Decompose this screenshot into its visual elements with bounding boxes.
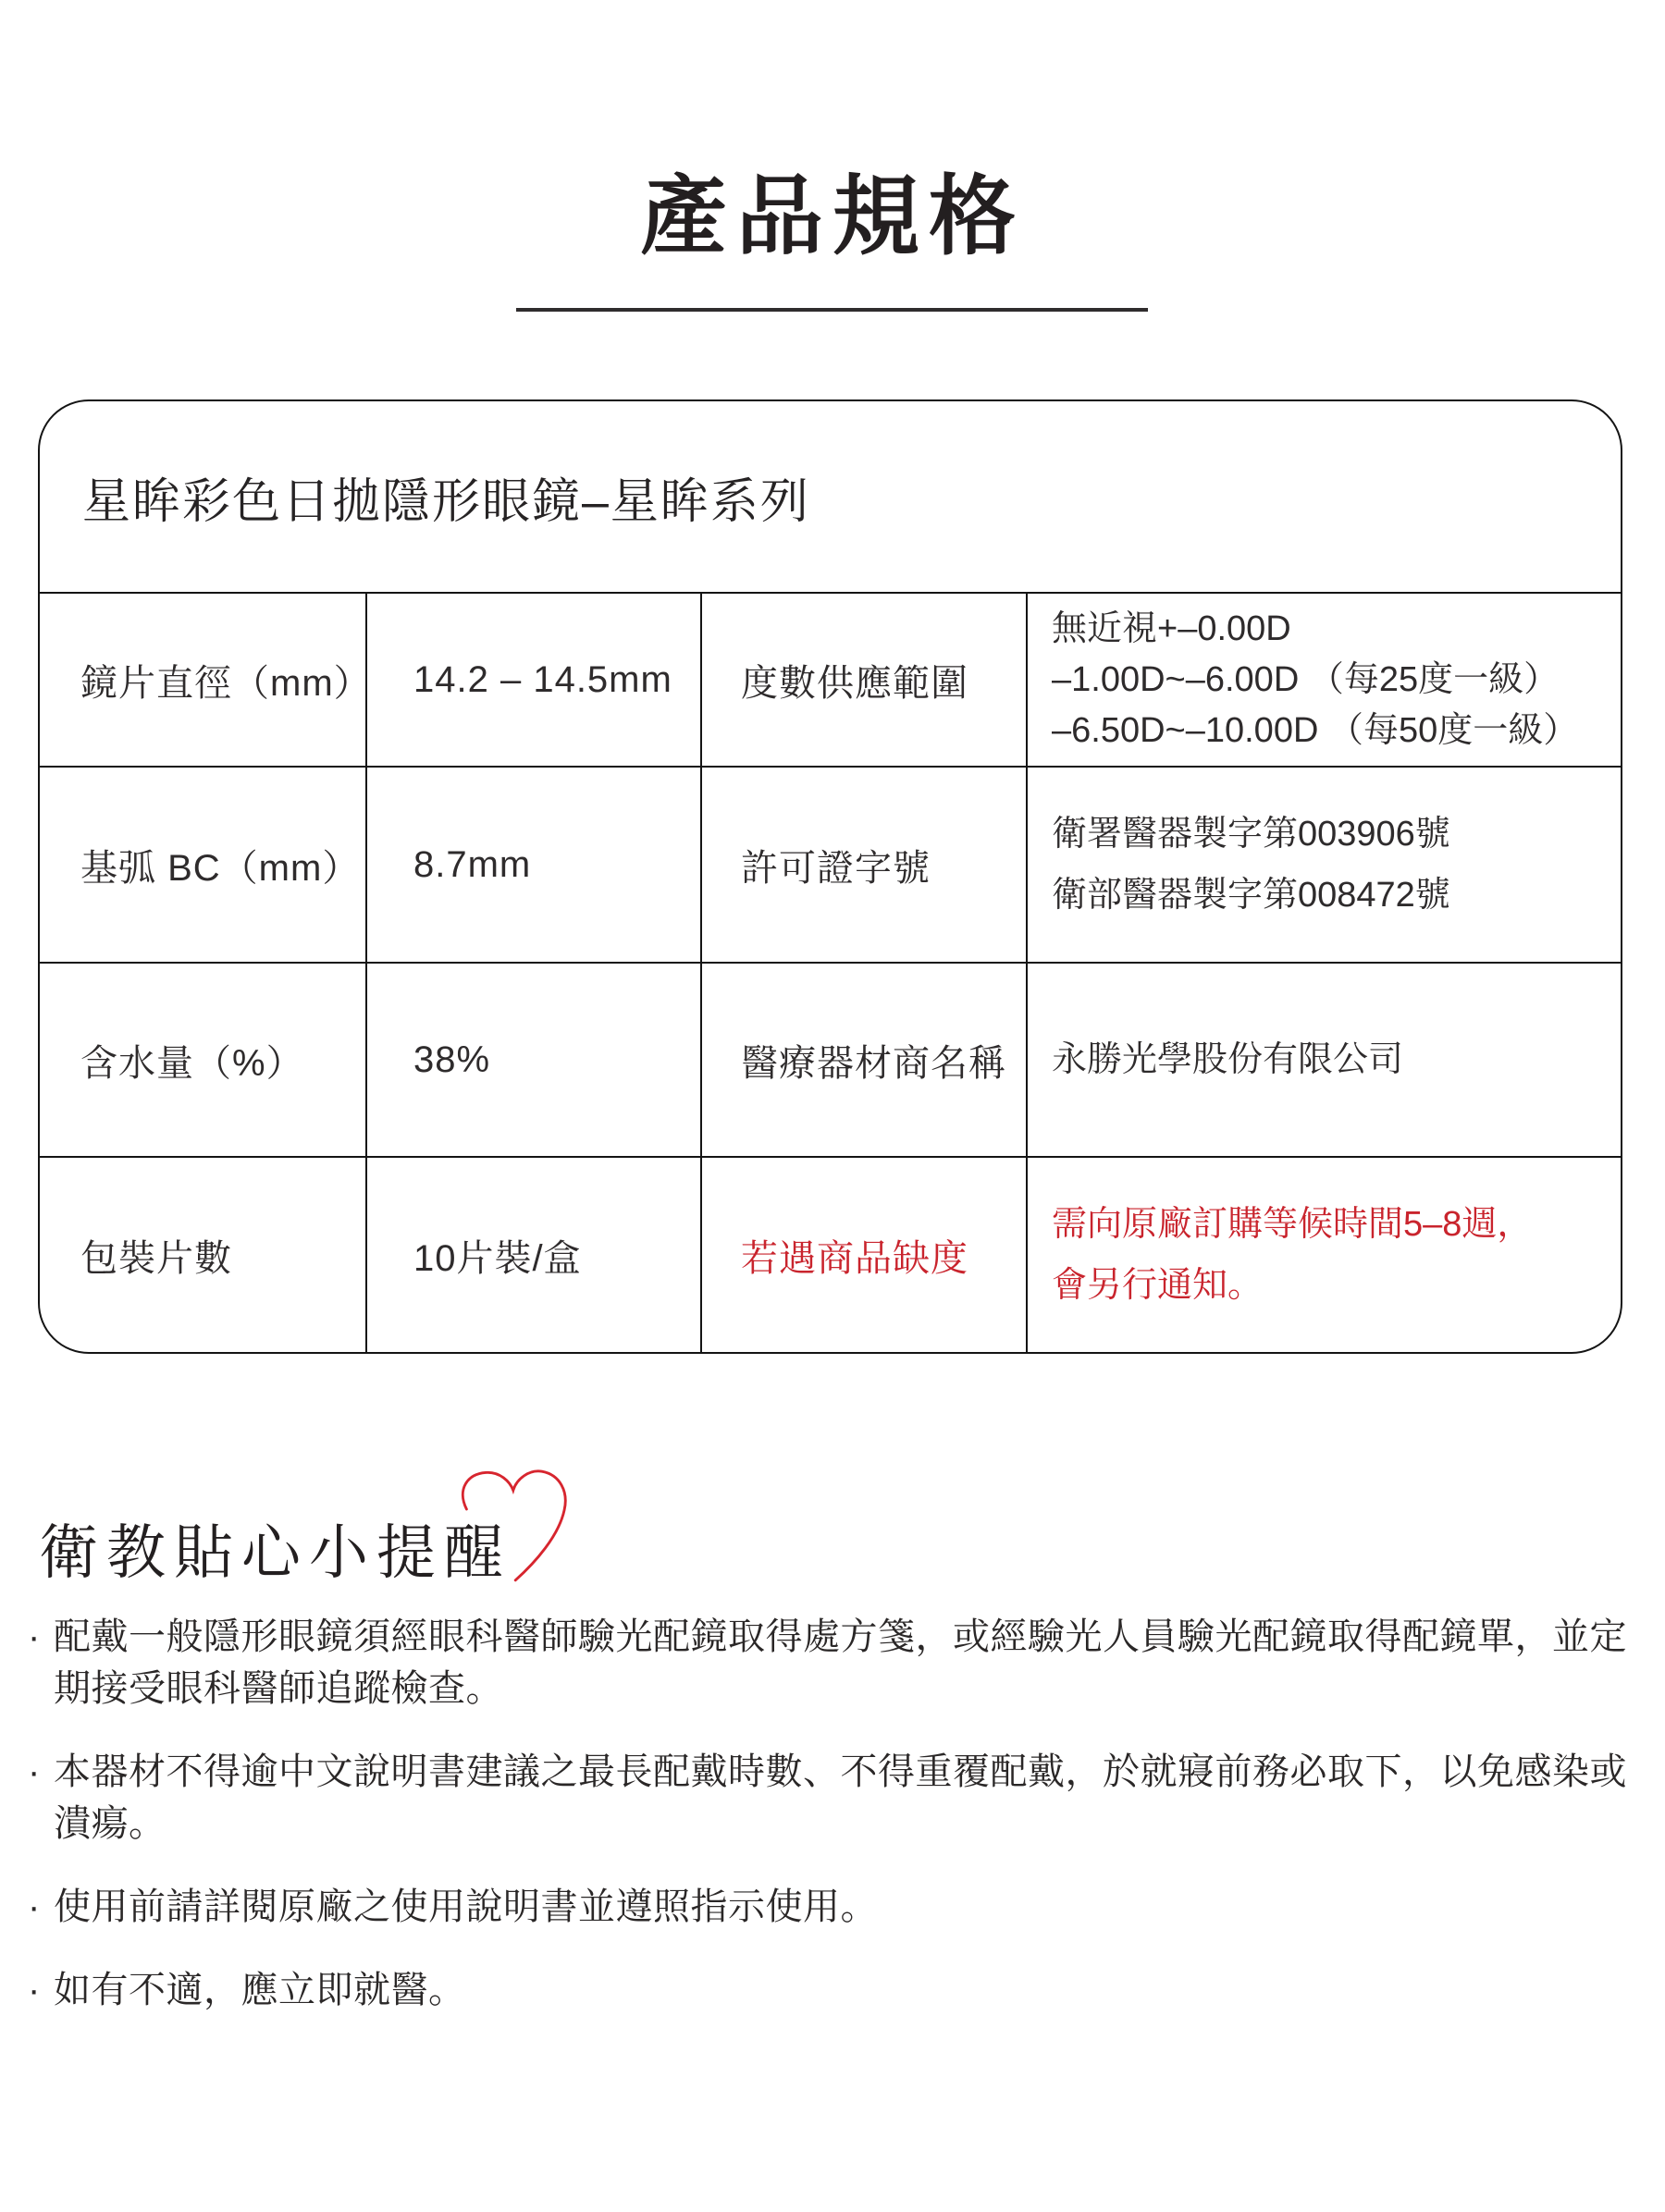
power-range-line-1: 無近視+–0.00D — [1052, 604, 1578, 655]
table-body: 鏡片直徑（mm） 14.2 – 14.5mm 度數供應範圍 無近視+–0.00D… — [40, 592, 1621, 1352]
table-row-value-vendor-name: 永勝光學股份有限公司 — [1026, 962, 1621, 1156]
notice-item-wear-time-line-2: 潰瘍。 — [54, 1798, 1656, 1849]
table-row-value-license-number: 衛署醫器製字第003906號 衛部醫器製字第008472號 — [1026, 766, 1621, 962]
page-title: 產品規格 — [0, 146, 1665, 271]
notice-item-wear-time: 本器材不得逾中文說明書建議之最長配戴時數、不得重覆配戴，於就寢前務必取下，以免感… — [28, 1746, 1656, 1849]
table-row-label-base-curve: 基弧 BC（mm） — [40, 766, 365, 962]
notice-item-read-manual: 使用前請詳閱原廠之使用說明書並遵照指示使用。 — [28, 1881, 1656, 1933]
vendor-name-line-1: 永勝光學股份有限公司 — [1052, 1029, 1403, 1090]
table-row-label-out-of-stock: 若遇商品缺度 — [700, 1156, 1026, 1352]
license-line-2: 衛部醫器製字第008472號 — [1052, 865, 1450, 926]
table-row-value-power-range: 無近視+–0.00D –1.00D~–6.00D （每25度一級） –6.50D… — [1026, 592, 1621, 766]
product-spec-page: 產品規格 星眸彩色日拋隱形眼鏡–星眸系列 鏡片直徑（mm） 14.2 – 14.… — [0, 0, 1665, 2212]
notice-item-read-manual-line-1: 使用前請詳閱原廠之使用說明書並遵照指示使用。 — [54, 1881, 1656, 1933]
license-line-1: 衛署醫器製字第003906號 — [1052, 804, 1450, 865]
table-row-label-lens-diameter: 鏡片直徑（mm） — [40, 592, 365, 766]
notice-item-prescription-line-2: 期接受眼科醫師追蹤檢查。 — [54, 1663, 1656, 1714]
heart-outline-icon — [450, 1465, 579, 1587]
table-row-value-water-content: 38% — [365, 962, 700, 1156]
table-row-label-power-range: 度數供應範圍 — [700, 592, 1026, 766]
notice-item-see-doctor-line-1: 如有不適，應立即就醫。 — [54, 1964, 1656, 2016]
table-row-label-vendor-name: 醫療器材商名稱 — [700, 962, 1026, 1156]
notice-item-wear-time-line-1: 本器材不得逾中文說明書建議之最長配戴時數、不得重覆配戴，於就寢前務必取下，以免感… — [54, 1746, 1656, 1798]
title-underline — [516, 308, 1148, 312]
table-row-value-lens-diameter: 14.2 – 14.5mm — [365, 592, 700, 766]
table-row-label-pack-count: 包裝片數 — [40, 1156, 365, 1352]
out-of-stock-line-2: 會另行通知。 — [1052, 1255, 1532, 1316]
health-notice-list: 配戴一般隱形眼鏡須經眼科醫師驗光配鏡取得處方箋，或經驗光人員驗光配鏡取得配鏡單，… — [28, 1611, 1656, 2047]
notice-item-prescription-line-1: 配戴一般隱形眼鏡須經眼科醫師驗光配鏡取得處方箋，或經驗光人員驗光配鏡取得配鏡單，… — [54, 1611, 1656, 1663]
notice-item-see-doctor: 如有不適，應立即就醫。 — [28, 1964, 1656, 2016]
product-spec-table: 星眸彩色日拋隱形眼鏡–星眸系列 鏡片直徑（mm） 14.2 – 14.5mm 度… — [38, 399, 1622, 1354]
table-row-label-license-number: 許可證字號 — [700, 766, 1026, 962]
table-header-product-name: 星眸彩色日拋隱形眼鏡–星眸系列 — [40, 401, 1621, 592]
table-row-value-out-of-stock: 需向原廠訂購等候時間5–8週， 會另行通知。 — [1026, 1156, 1621, 1352]
table-row-value-pack-count: 10片裝/盒 — [365, 1156, 700, 1352]
notice-item-prescription: 配戴一般隱形眼鏡須經眼科醫師驗光配鏡取得處方箋，或經驗光人員驗光配鏡取得配鏡單，… — [28, 1611, 1656, 1714]
health-notice-heading: 衛教貼心小提醒 — [39, 1505, 512, 1591]
power-range-line-3: –6.50D~–10.00D （每50度一級） — [1052, 706, 1578, 756]
table-row-label-water-content: 含水量（%） — [40, 962, 365, 1156]
out-of-stock-line-1: 需向原廠訂購等候時間5–8週， — [1052, 1194, 1532, 1255]
table-row-value-base-curve: 8.7mm — [365, 766, 700, 962]
power-range-line-2: –1.00D~–6.00D （每25度一級） — [1052, 655, 1578, 706]
